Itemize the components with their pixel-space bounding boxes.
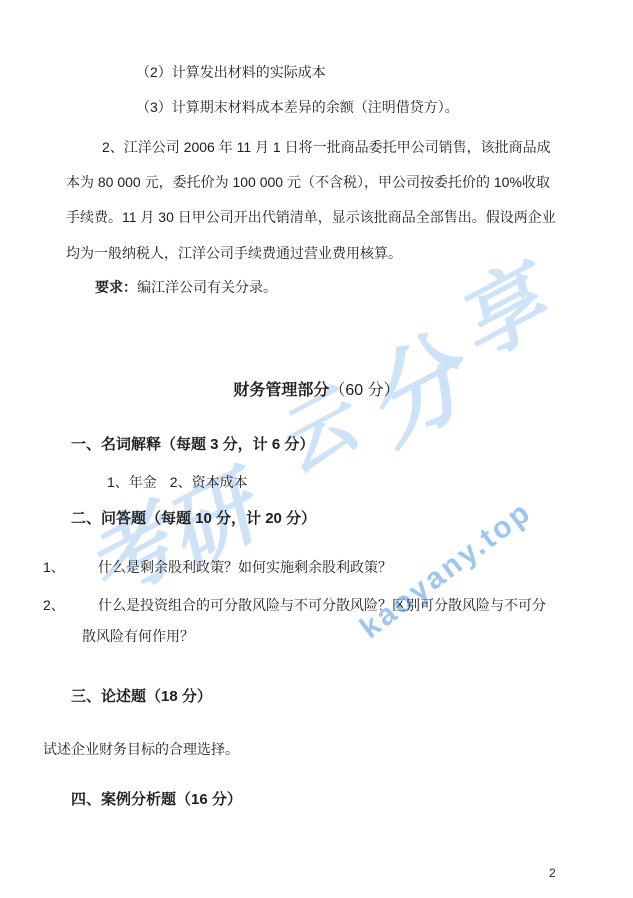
heading-essay: 三、论述题（18 分） — [71, 688, 212, 706]
accounting-question2-line4: 均为一般纳税人，江洋公司手续费通过营业费用核算。 — [66, 244, 402, 262]
heading-qa: 二、问答题（每题 10 分，计 20 分） — [71, 510, 316, 528]
accounting-question2-line2: 本为 80 000 元，委托价为 100 000 元（不含税），甲公司按委托价的… — [66, 173, 550, 191]
accounting-sub-item-2: （2）计算发出材料的实际成本 — [136, 63, 326, 81]
page-number: 2 — [549, 866, 556, 880]
requirement-text: 编江洋公司有关分录。 — [137, 279, 277, 295]
heading-terms: 一、名词解释（每题 3 分，计 6 分） — [71, 436, 314, 454]
document-text: （2）计算发出材料的实际成本 （3）计算期末材料成本差异的余额（注明借贷方）。 … — [0, 0, 633, 898]
qa-question-2-number: 2、 — [43, 596, 98, 614]
heading-case-analysis: 四、案例分析题（16 分） — [71, 791, 242, 809]
qa-question-1: 1、什么是剩余股利政策？如何实施剩余股利政策？ — [43, 558, 392, 576]
accounting-question2-line3: 手续费。11 月 30 日甲公司开出代销清单，显示该批商品全部售出。假设两企业 — [66, 208, 556, 226]
finance-title-text: 财务管理部分 — [233, 382, 329, 399]
qa-question-2-text: 什么是投资组合的可分散风险与不可分散风险？区别可分散风险与不可分 — [98, 597, 546, 613]
terms-item-capital-cost: 2、资本成本 — [170, 474, 248, 490]
accounting-question2-line1: 2、江洋公司 2006 年 11 月 1 日将一批商品委托甲公司销售，该批商品成 — [102, 138, 551, 156]
qa-question-1-number: 1、 — [43, 558, 98, 576]
qa-question-2-continuation: 散风险有何作用？ — [82, 627, 194, 645]
finance-section-title: 财务管理部分（60 分） — [0, 382, 633, 400]
terms-item-annuity: 1、年金 — [107, 474, 157, 490]
finance-title-score: （60 分） — [329, 382, 399, 399]
exam-paper-page: 考 研 云 分 享 kaoyany.top （2）计算发出材料的实际成本 （3）… — [0, 0, 633, 898]
requirement-line: 要求：编江洋公司有关分录。 — [95, 278, 277, 296]
qa-question-1-text: 什么是剩余股利政策？如何实施剩余股利政策？ — [98, 559, 392, 575]
requirement-label: 要求： — [95, 279, 137, 295]
qa-question-2: 2、什么是投资组合的可分散风险与不可分散风险？区别可分散风险与不可分 — [43, 596, 546, 614]
accounting-sub-item-3: （3）计算期末材料成本差异的余额（注明借贷方）。 — [136, 98, 459, 116]
terms-items-line: 1、年金2、资本成本 — [107, 473, 248, 491]
essay-prompt: 试述企业财务目标的合理选择。 — [43, 740, 239, 758]
